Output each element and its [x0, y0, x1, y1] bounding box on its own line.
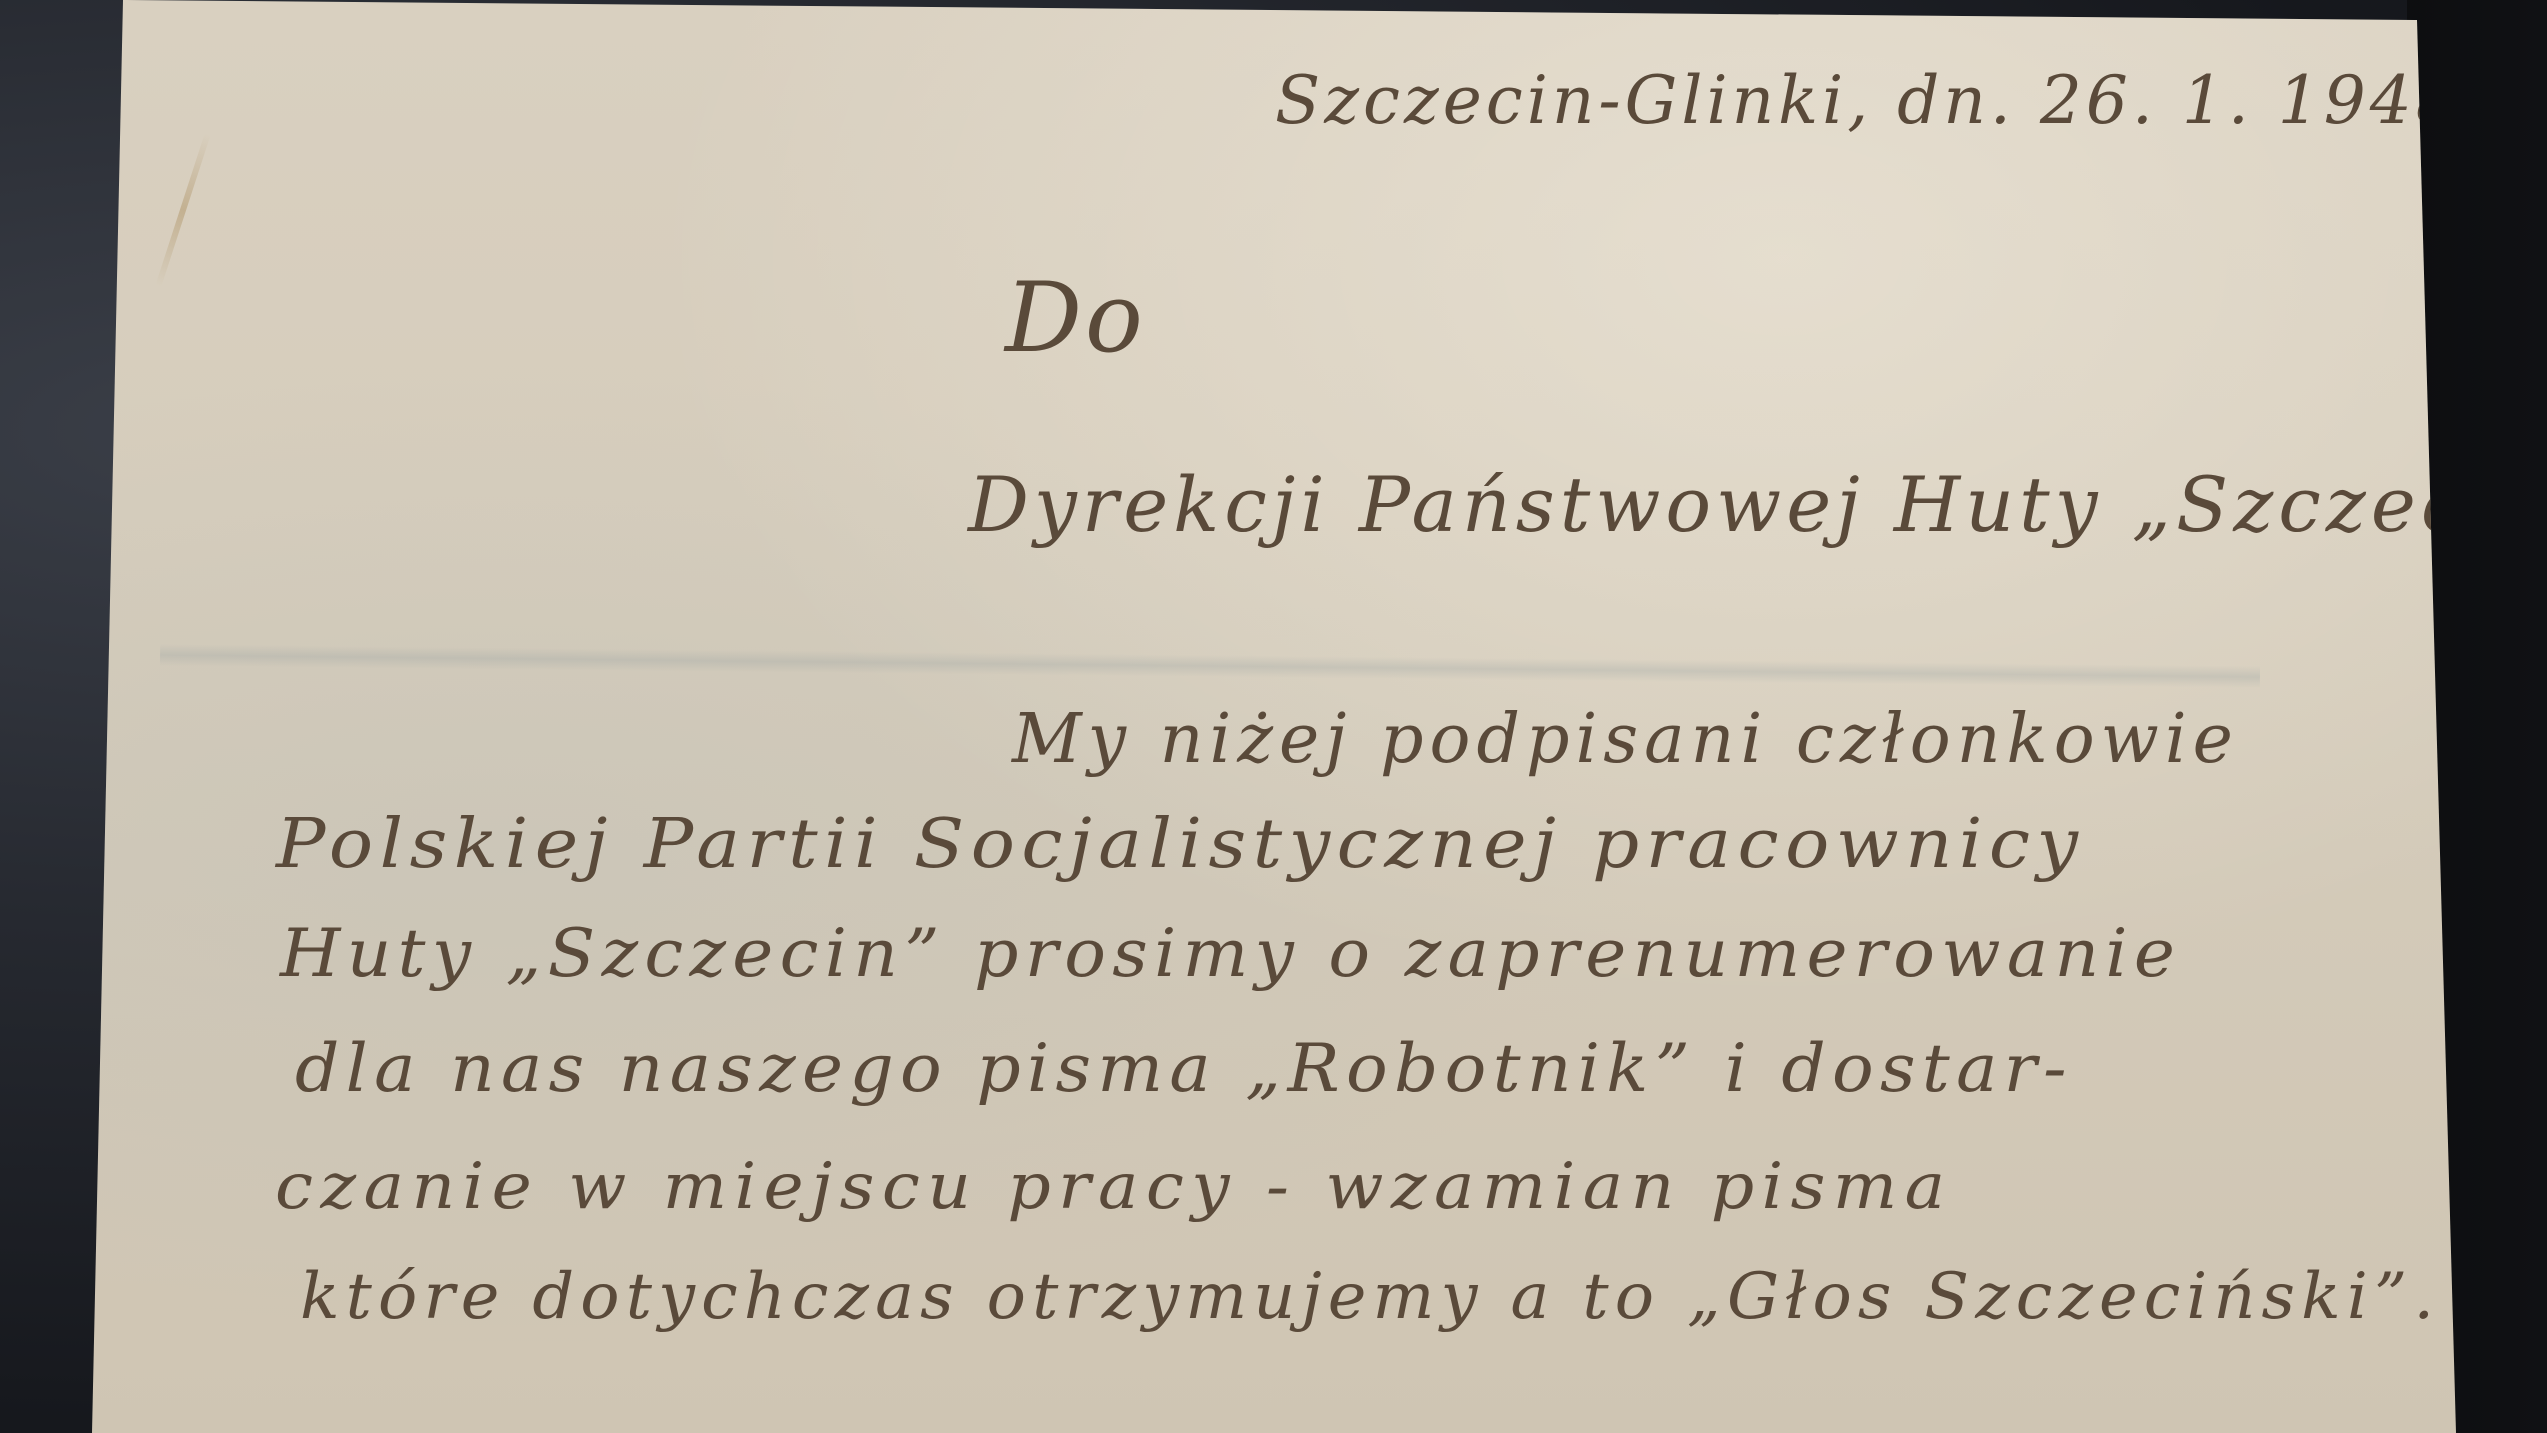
letter-recipient: Dyrekcji Państwowej Huty „Szczecin” [968, 460, 2547, 549]
letter-paper: Szczecin-Glinki, dn. 26. 1. 1948 r. Do D… [0, 0, 2547, 1433]
paper-fold-line [160, 644, 2260, 688]
letter-body-line: My niżej podpisani członkowie [1012, 700, 2239, 779]
letter-body-line: które dotychczas otrzymujemy a to „Głos … [300, 1260, 2440, 1334]
letter-salutation: Do [1005, 262, 1146, 374]
letter-place-date: Szczecin-Glinki, dn. 26. 1. 1948 r. [1275, 62, 2540, 139]
letter-body-line: czanie w miejscu pracy - wzamian pisma [275, 1150, 1953, 1224]
paper-stain [155, 133, 210, 287]
letter-body-line: dla nas naszego pisma „Robotnik” i dosta… [295, 1030, 2073, 1107]
letter-body-line: Huty „Szczecin” prosimy o zaprenumerowan… [280, 915, 2181, 992]
letter-body-line: Polskiej Partii Socjalistycznej pracowni… [276, 805, 2084, 884]
